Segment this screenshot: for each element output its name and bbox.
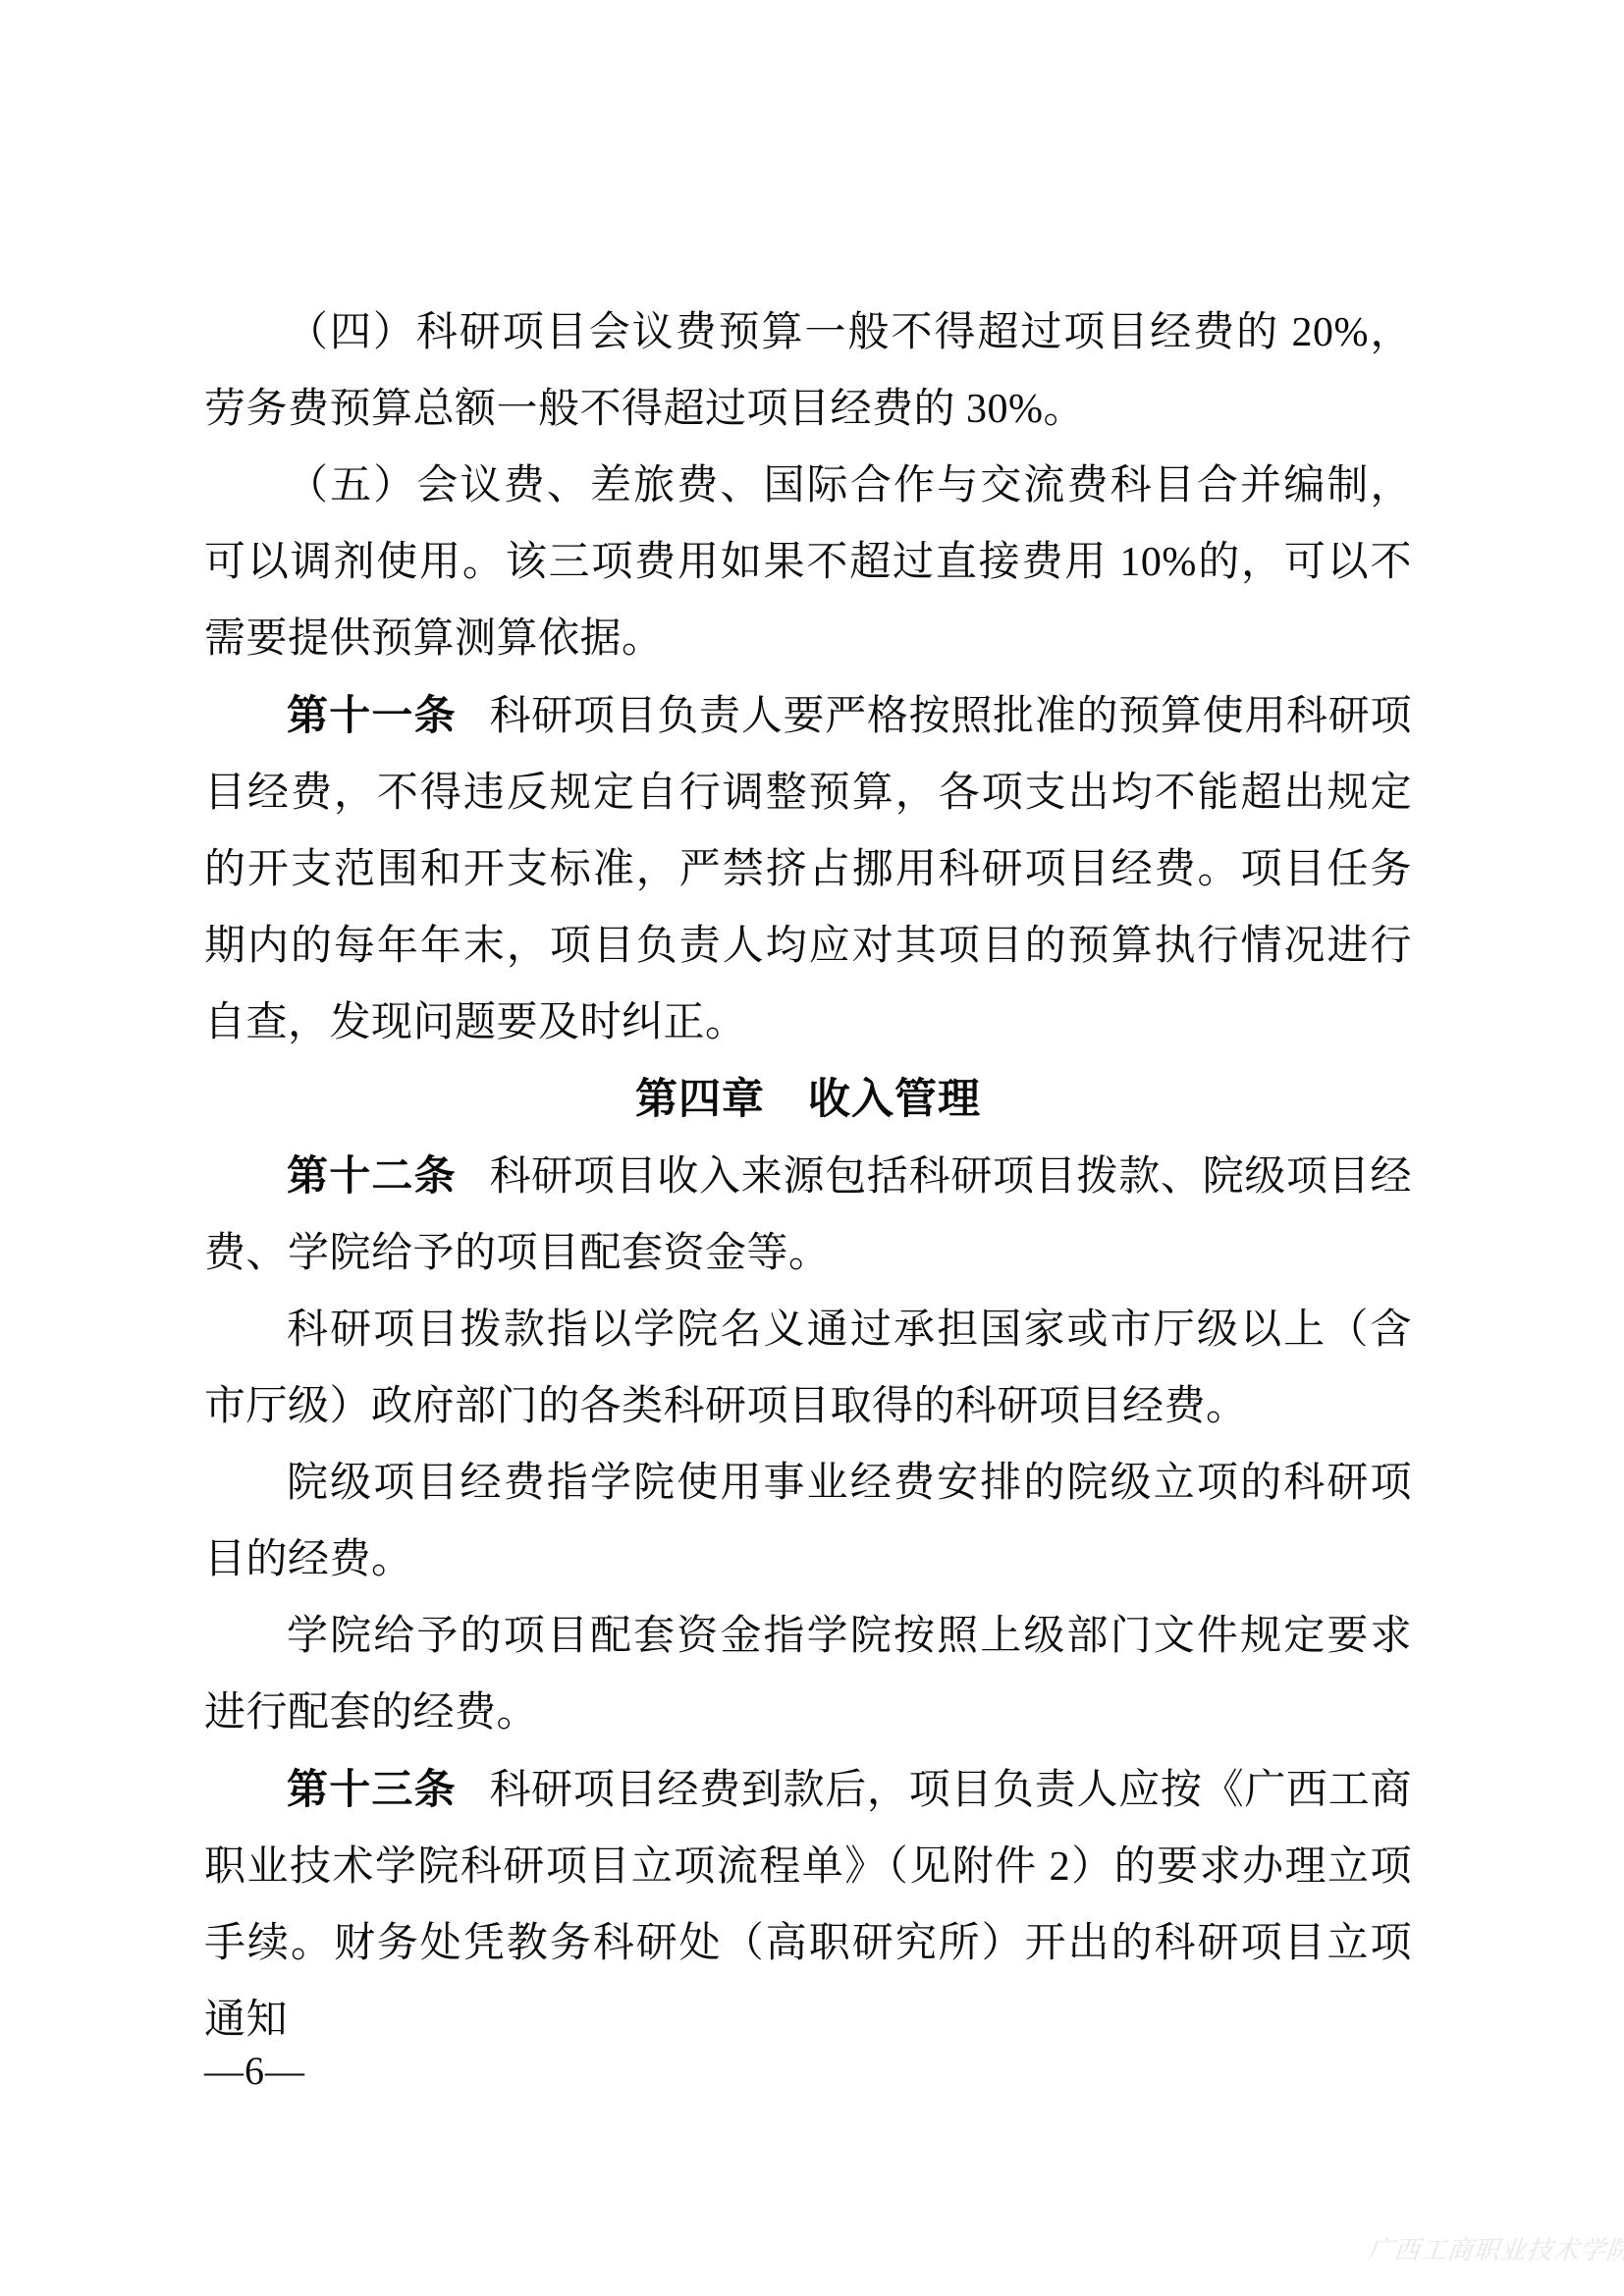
- paragraph-item-5: （五）会议费、差旅费、国际合作与交流费科目合并编制，可以调剂使用。该三项费用如果…: [204, 448, 1412, 677]
- page-number: —6—: [204, 2048, 305, 2095]
- article-11-paragraph: 第十一条科研项目负责人要严格按照批准的预算使用科研项目经费，不得违反规定自行调整…: [204, 677, 1412, 1061]
- paragraph-text: （五）会议费、差旅费、国际合作与交流费科目合并编制，可以调剂使用。该三项费用如果…: [204, 463, 1412, 662]
- paragraph-text: 科研项目拨款指以学院名义通过承担国家或市厅级以上（含市厅级）政府部门的各类科研项…: [204, 1308, 1412, 1429]
- funding-appropriation-paragraph: 科研项目拨款指以学院名义通过承担国家或市厅级以上（含市厅级）政府部门的各类科研项…: [204, 1292, 1412, 1445]
- matching-funds-paragraph: 学院给予的项目配套资金指学院按照上级部门文件规定要求进行配套的经费。: [204, 1598, 1412, 1751]
- article-12-paragraph: 第十二条科研项目收入来源包括科研项目拨款、院级项目经费、学院给予的项目配套资金等…: [204, 1138, 1412, 1292]
- college-level-funds-paragraph: 院级项目经费指学院使用事业经费安排的院级立项的科研项目的经费。: [204, 1445, 1412, 1598]
- watermark-text: 广西工商职业技术学院: [1366, 2230, 1624, 2267]
- document-body: （四）科研项目会议费预算一般不得超过项目经费的 20%，劳务费预算总额一般不得超…: [204, 294, 1412, 2058]
- article-11-lead: 第十一条: [287, 692, 457, 738]
- paragraph-text: 科研项目负责人要严格按照批准的预算使用科研项目经费，不得违反规定自行调整预算，各…: [204, 694, 1412, 1045]
- paragraph-text: 学院给予的项目配套资金指学院按照上级部门文件规定要求进行配套的经费。: [204, 1614, 1412, 1735]
- document-page: （四）科研项目会议费预算一般不得超过项目经费的 20%，劳务费预算总额一般不得超…: [0, 0, 1624, 2296]
- paragraph-text: 院级项目经费指学院使用事业经费安排的院级立项的科研项目的经费。: [204, 1461, 1412, 1582]
- chapter-4-heading: 第四章 收入管理: [204, 1061, 1412, 1138]
- article-13-lead: 第十三条: [287, 1766, 457, 1812]
- article-13-paragraph: 第十三条科研项目经费到款后，项目负责人应按《广西工商职业技术学院科研项目立项流程…: [204, 1751, 1412, 2058]
- paragraph-item-4: （四）科研项目会议费预算一般不得超过项目经费的 20%，劳务费预算总额一般不得超…: [204, 294, 1412, 448]
- article-12-lead: 第十二条: [287, 1152, 457, 1199]
- paragraph-text: （四）科研项目会议费预算一般不得超过项目经费的 20%，劳务费预算总额一般不得超…: [204, 310, 1412, 432]
